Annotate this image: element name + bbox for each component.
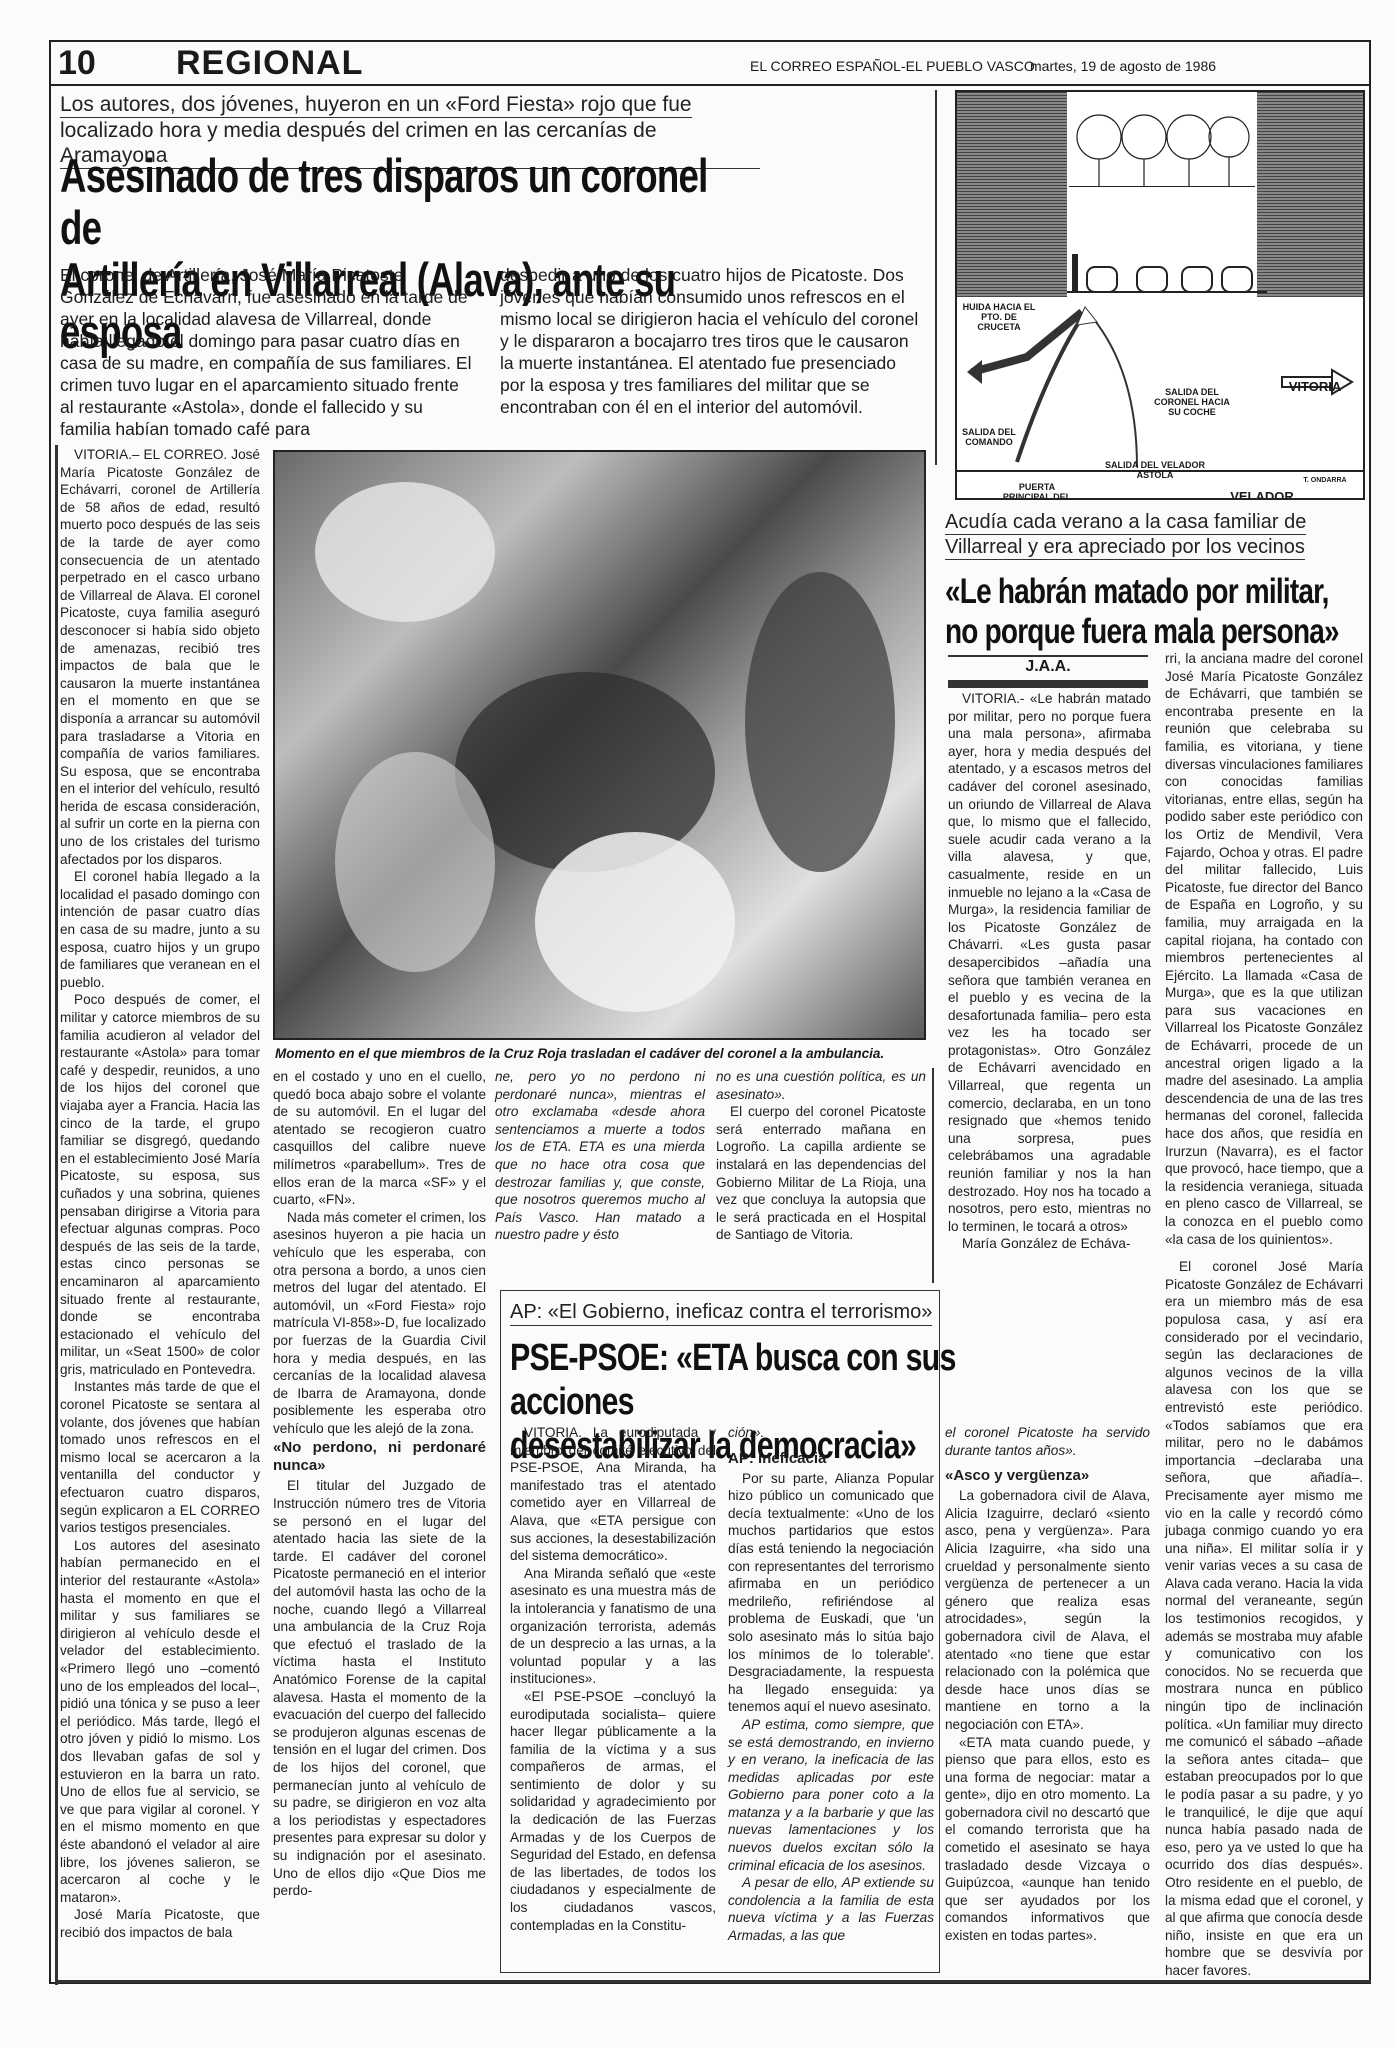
- newspaper-name: EL CORREO ESPAÑOL-EL PUEBLO VASCO: [750, 58, 1035, 74]
- label-velador: VELADOR: [1217, 492, 1307, 500]
- page-number: 10: [58, 44, 96, 83]
- diagram-credit: T. ONDARRA: [1295, 476, 1355, 486]
- label-velador-exit: SALIDA DEL VELADOR ASTOLA: [1105, 460, 1205, 480]
- building-block-left: [957, 92, 1067, 297]
- main-article-column-4: no es una cuestión política, es un asesi…: [716, 1068, 926, 1244]
- subheading: «Asco y vergüenza»: [945, 1467, 1150, 1485]
- building-block-right: [1257, 92, 1365, 297]
- trees-icon: [1069, 102, 1255, 187]
- label-vitoria: VITORIA: [1275, 382, 1355, 392]
- boxed-column-1: VITORIA. La eurodiputada y miembro del c…: [510, 1424, 716, 1934]
- section-title: REGIONAL: [176, 44, 363, 83]
- column-divider: [932, 1068, 934, 1283]
- byline: J.A.A.: [948, 658, 1148, 676]
- byline-rule: [948, 655, 1148, 657]
- sidebar-headline: «Le habrán matado por militar, no porque…: [945, 572, 1377, 652]
- lead-paragraph-2: despedir a uno de los cuatro hijos de Pi…: [500, 264, 920, 418]
- subheading: «No perdono, ni perdonaré nunca»: [273, 1439, 486, 1475]
- photo-caption: Momento en el que miembros de la Cruz Ro…: [275, 1045, 935, 1063]
- boxed-column-2: ción». AP: ineficacia Por su parte, Alia…: [728, 1424, 934, 1945]
- diagram-lower: SALIDA DEL VELADOR ASTOLA T. ONDARRA: [955, 410, 1365, 490]
- sidebar-kicker: Acudía cada verano a la casa familiar de…: [945, 510, 1365, 560]
- sidebar-column-1: VITORIA.- «Le habrán matado por militar,…: [948, 690, 1151, 1253]
- left-border: [55, 445, 58, 1985]
- news-photo: [273, 450, 926, 1040]
- sidebar-column-2: rri, la anciana madre del coronel José M…: [1165, 650, 1363, 1980]
- boxed-kicker: AP: «El Gobierno, ineficaz contra el ter…: [510, 1300, 932, 1326]
- column-divider: [935, 90, 937, 465]
- boxed-column-3: el coronel Picatoste ha servido durante …: [945, 1424, 1150, 1945]
- subheading: AP: ineficacia: [728, 1450, 934, 1468]
- byline-bar: [948, 680, 1148, 688]
- issue-date: martes, 19 de agosto de 1986: [1030, 58, 1216, 74]
- main-article-column-1: VITORIA.– EL CORREO. José María Picatost…: [60, 446, 260, 1941]
- label-escape: HUIDA HACIA EL PTO. DE CRUCETA: [959, 302, 1039, 332]
- main-article-column-2: en el costado y uno en el cuello, quedó …: [273, 1068, 486, 1900]
- page-bottom-rule: [55, 1980, 1371, 1983]
- lead-paragraph-1: El coronel de Artillería, José María Pic…: [60, 264, 475, 440]
- main-article-column-3: ne, pero yo no perdono ni perdonaré nunc…: [495, 1068, 705, 1244]
